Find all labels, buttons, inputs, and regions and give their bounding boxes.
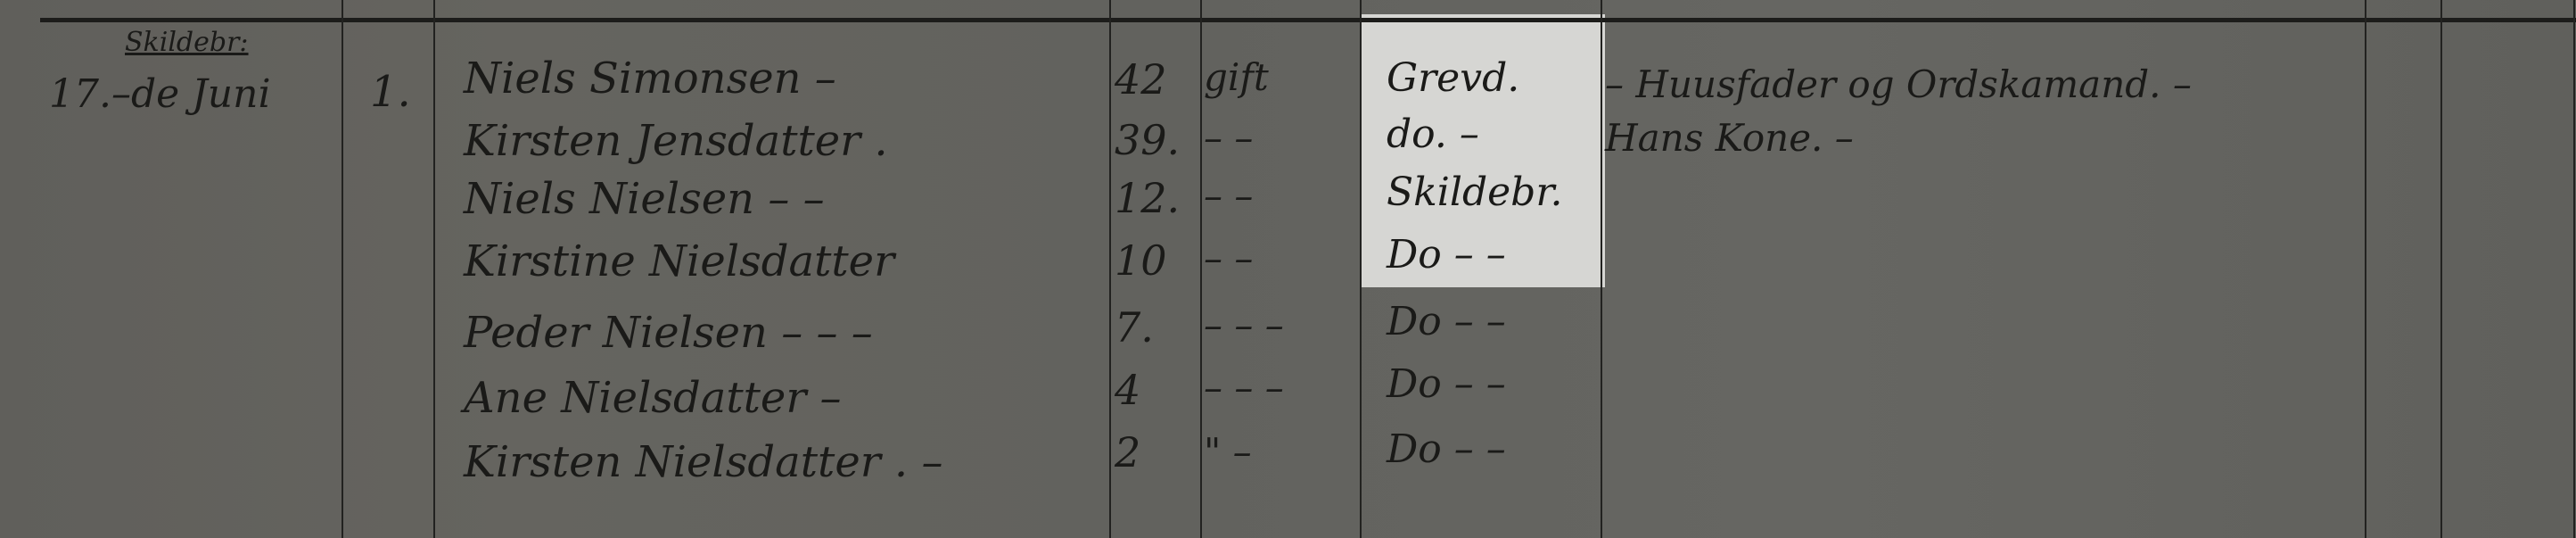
- marital-status: – – –: [1204, 366, 1284, 410]
- entry-date: 17.–de Juni: [49, 71, 271, 117]
- birthplace: Do – –: [1387, 299, 1506, 344]
- column-rule: [1360, 0, 1362, 538]
- position-note: – Huusfader og Ordskamand. –: [1605, 62, 2192, 106]
- person-age: 10: [1115, 236, 1167, 285]
- column-rule: [2440, 0, 2442, 538]
- birthplace: Do – –: [1387, 361, 1506, 407]
- person-age: 4: [1115, 366, 1140, 414]
- marital-status: – –: [1204, 116, 1253, 160]
- column-rule: [1601, 0, 1602, 538]
- person-name: Niels Simonsen –: [464, 54, 836, 103]
- household-number: 1.: [370, 67, 411, 117]
- marital-status: gift: [1204, 55, 1269, 99]
- birthplace: Grevd.: [1387, 55, 1519, 101]
- marital-status: – – –: [1204, 303, 1284, 347]
- column-rule: [2573, 0, 2575, 538]
- person-age: 2: [1115, 428, 1140, 476]
- column-rule: [1200, 0, 1202, 538]
- person-age: 39.: [1115, 116, 1180, 164]
- birthplace: Do – –: [1387, 232, 1506, 277]
- person-name: Ane Nielsdatter –: [464, 373, 842, 423]
- column-rule: [1109, 0, 1111, 538]
- position-note: Hans Kone. –: [1605, 116, 1854, 160]
- birthplace: Do – –: [1387, 426, 1506, 472]
- header-rule: [40, 18, 2576, 22]
- person-name: Kirsten Jensdatter .: [464, 116, 888, 166]
- birthplace: Skildebr.: [1387, 170, 1563, 215]
- person-name: Peder Nielsen – – –: [464, 308, 873, 358]
- register-page: Skildebr: 17.–de Juni 1. Niels Simonsen …: [0, 0, 2576, 538]
- person-age: 12.: [1115, 174, 1180, 222]
- column-rule: [342, 0, 343, 538]
- person-age: 42: [1115, 55, 1167, 103]
- place-heading: Skildebr:: [125, 27, 249, 58]
- column-rule: [433, 0, 435, 538]
- person-name: Niels Nielsen – –: [464, 174, 825, 224]
- person-age: 7.: [1115, 303, 1154, 352]
- person-name: Kirstine Nielsdatter: [464, 236, 894, 286]
- marital-status: – –: [1204, 236, 1253, 280]
- marital-status: " –: [1204, 430, 1252, 474]
- person-name: Kirsten Nielsdatter . –: [464, 437, 942, 487]
- birthplace: do. –: [1387, 112, 1479, 157]
- marital-status: – –: [1204, 174, 1253, 218]
- column-rule: [2365, 0, 2366, 538]
